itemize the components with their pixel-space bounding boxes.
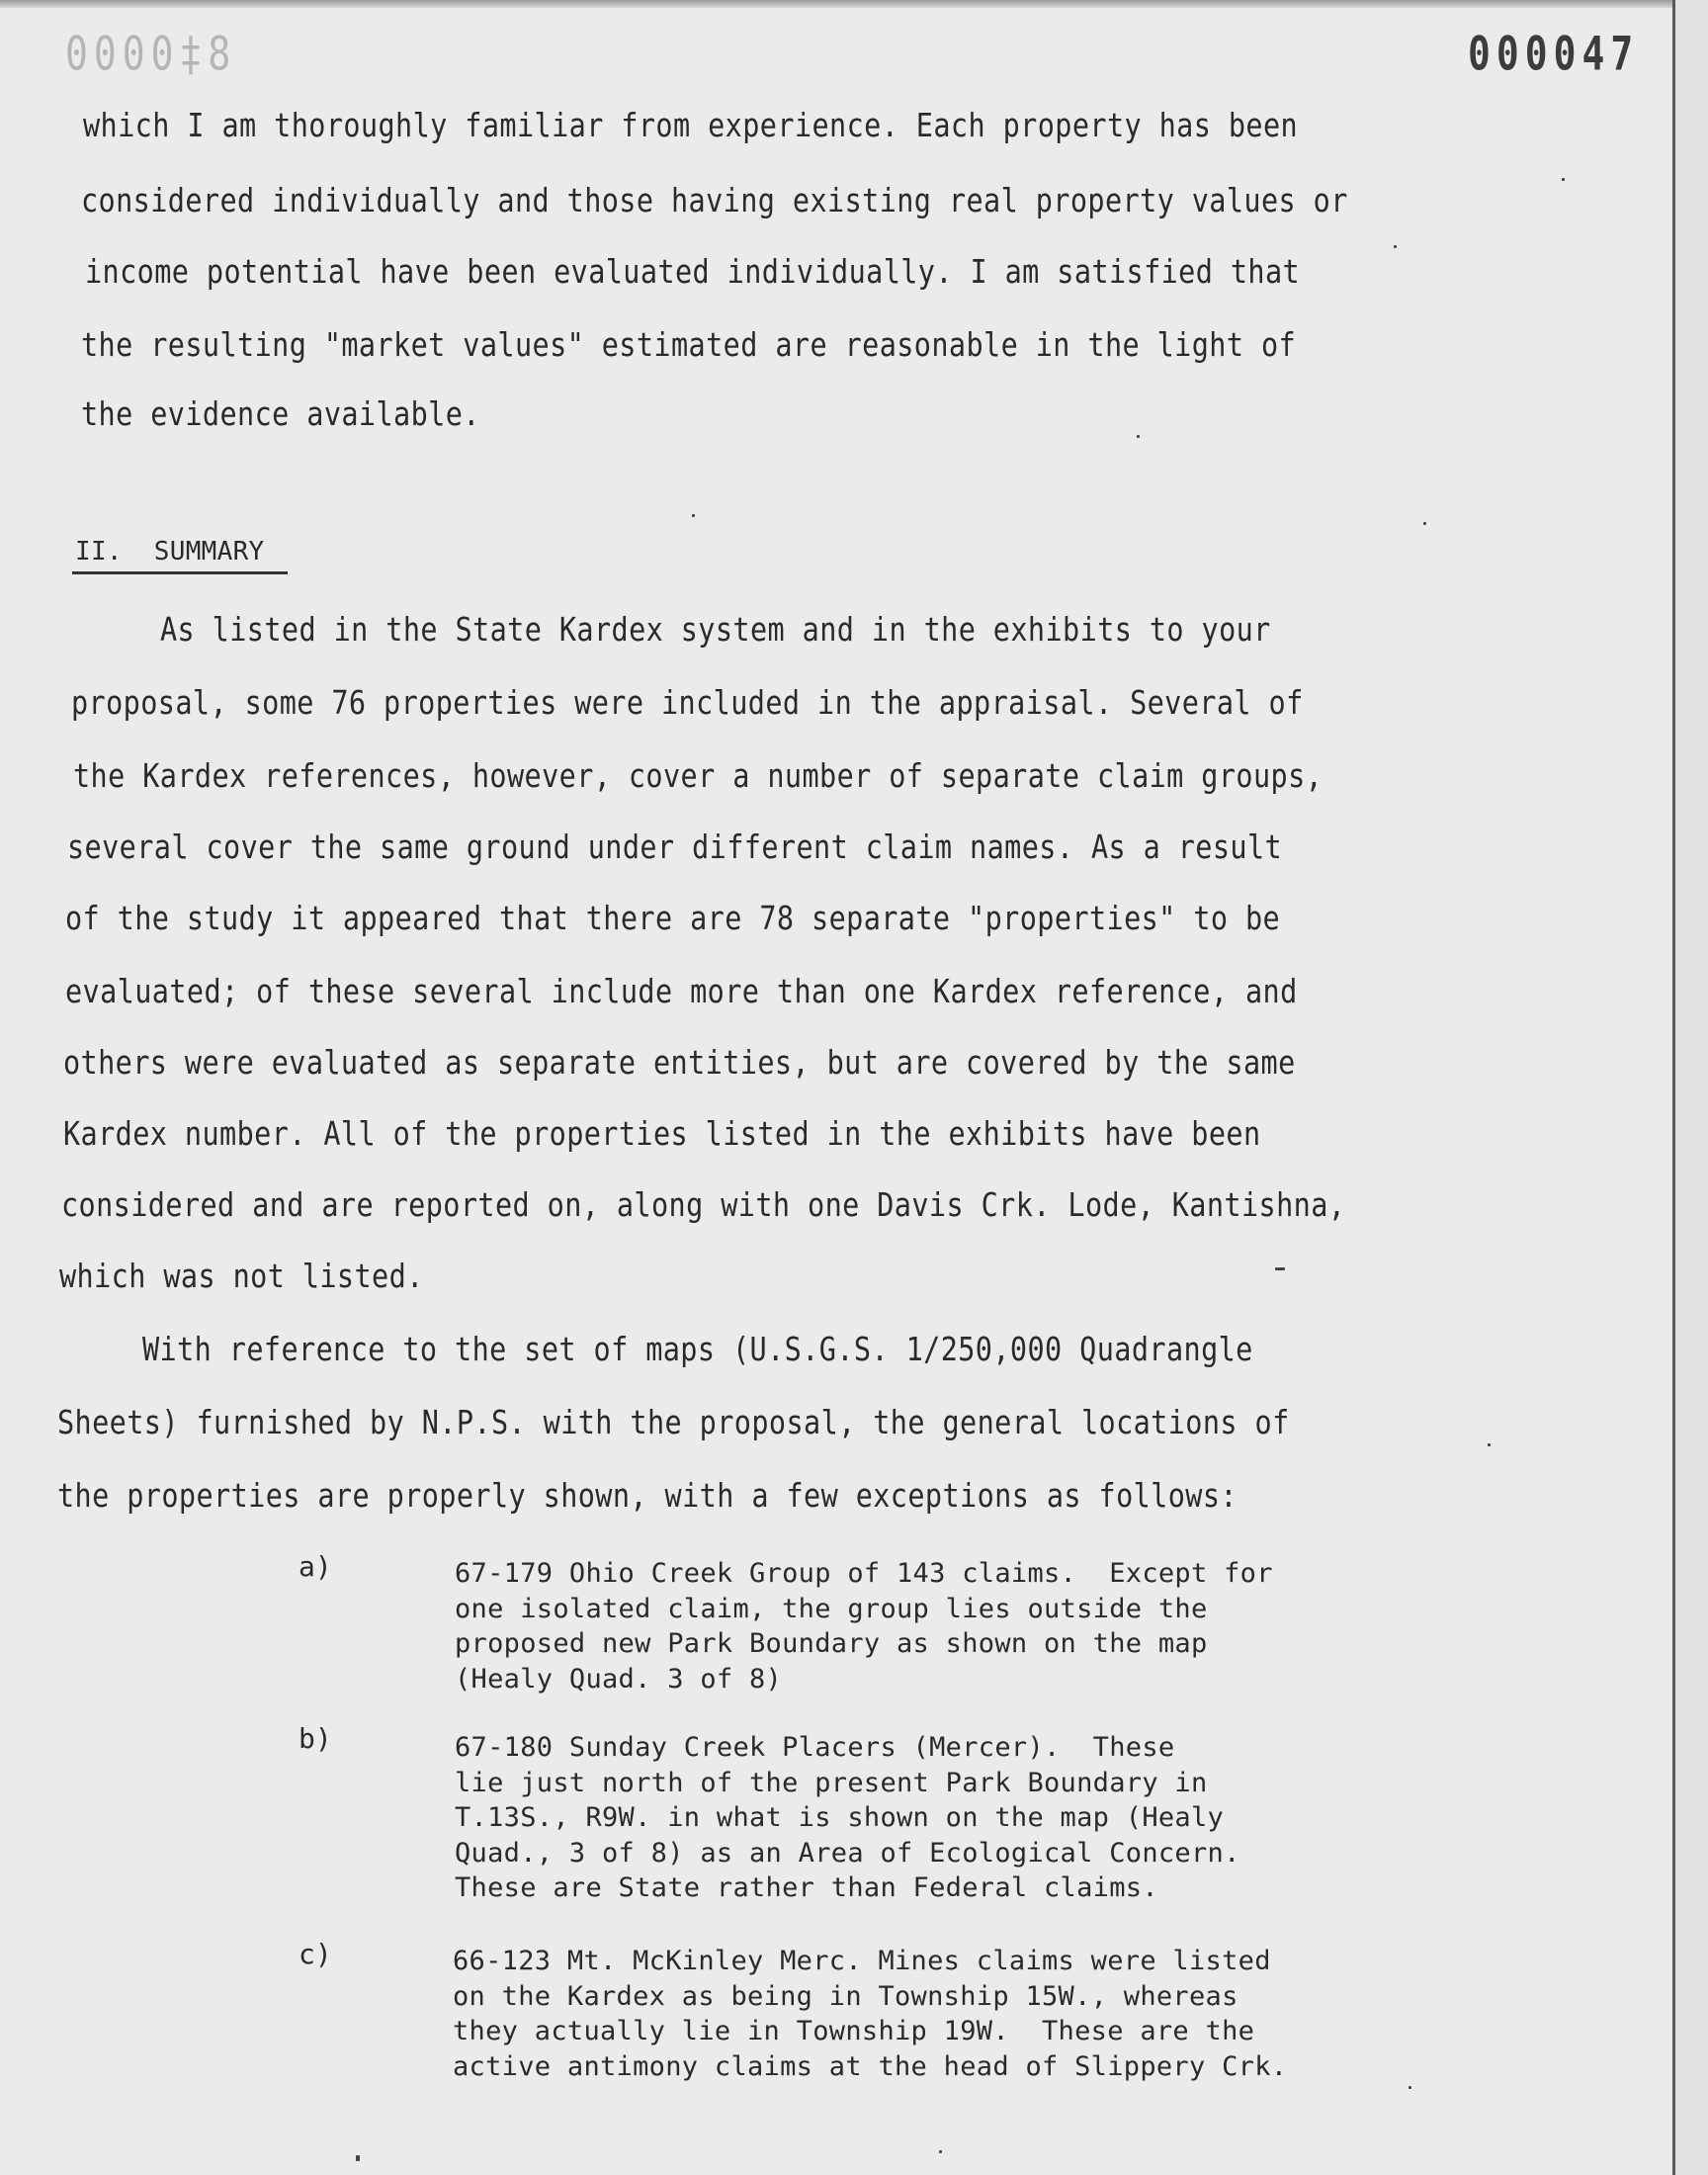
paragraph1-line: others were evaluated as separate entiti…: [63, 1044, 1296, 1082]
intro-line: income potential have been evaluated ind…: [85, 253, 1300, 291]
section-heading: II. SUMMARY: [75, 537, 264, 566]
intro-line: considered individually and those having…: [81, 182, 1348, 219]
paragraph1-line: As listed in the State Kardex system and…: [160, 611, 1271, 649]
exception-text-a: 67-179 Ohio Creek Group of 143 claims. E…: [455, 1556, 1273, 1696]
exception-label-b: b): [299, 1722, 332, 1755]
paragraph1-line: Kardex number. All of the properties lis…: [63, 1115, 1261, 1153]
intro-line: the evidence available.: [81, 395, 480, 433]
intro-line: which I am thoroughly familiar from expe…: [83, 107, 1298, 144]
paragraph1-line: several cover the same ground under diff…: [67, 828, 1282, 866]
page-edge-margin: [1675, 0, 1708, 2175]
exception-text-b: 67-180 Sunday Creek Placers (Mercer). Th…: [455, 1730, 1240, 1906]
paragraph1-line: of the study it appeared that there are …: [65, 900, 1280, 937]
scan-speck: [1409, 2086, 1411, 2089]
exception-label-c: c): [299, 1938, 332, 1970]
scan-speck: [1275, 1267, 1285, 1270]
page-number-stamp: 000047: [1468, 27, 1639, 81]
exception-label-a: a): [299, 1550, 332, 1583]
scan-speck: [1137, 435, 1140, 438]
paragraph2-line: the properties are properly shown, with …: [57, 1477, 1238, 1515]
scan-speck: [1423, 522, 1426, 525]
scan-top-edge: [0, 0, 1708, 8]
intro-line: the resulting "market values" estimated …: [81, 326, 1296, 364]
scan-speck: [1488, 1443, 1491, 1446]
paragraph2-line: Sheets) furnished by N.P.S. with the pro…: [57, 1404, 1290, 1441]
scan-speck: [356, 2155, 360, 2161]
paragraph1-line: considered and are reported on, along wi…: [61, 1186, 1345, 1224]
heading-underline: [72, 571, 288, 574]
scan-speck: [1394, 245, 1397, 248]
section-title: SUMMARY: [154, 537, 265, 566]
bleedthrough-stamp: 8‡0000: [59, 27, 230, 81]
scan-speck: [939, 2150, 942, 2153]
paragraph2-line: With reference to the set of maps (U.S.G…: [142, 1331, 1253, 1368]
section-number: II.: [75, 537, 123, 566]
paragraph1-line: which was not listed.: [59, 1258, 424, 1295]
exception-text-c: 66-123 Mt. McKinley Merc. Mines claims w…: [453, 1944, 1287, 2084]
paragraph1-line: proposal, some 76 properties were includ…: [71, 684, 1304, 722]
scan-speck: [692, 514, 695, 517]
paragraph1-line: evaluated; of these several include more…: [65, 973, 1298, 1010]
scan-speck: [1562, 178, 1565, 181]
paragraph1-line: the Kardex references, however, cover a …: [73, 757, 1323, 795]
